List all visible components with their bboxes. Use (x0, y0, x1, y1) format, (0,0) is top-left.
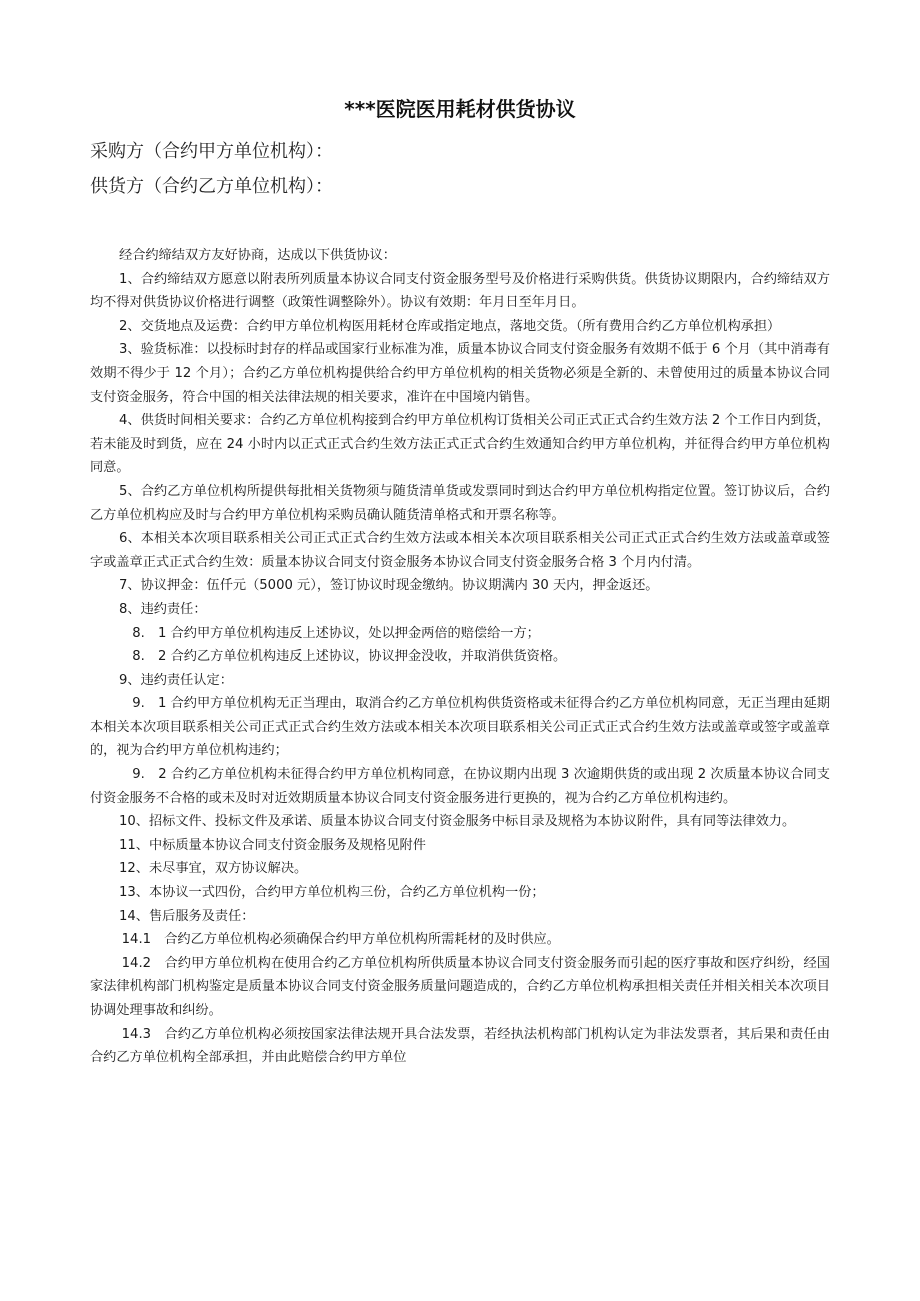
seller-label: 供货方（合约乙方单位机构）： (90, 172, 333, 198)
clause-8: 8、违约责任： (90, 598, 830, 622)
document-page: ***医院医用耗材供货协议 采购方（合约甲方单位机构）： 供货方（合约乙方单位机… (0, 0, 920, 1301)
agreement-body: 经合约缔结双方友好协商，达成以下供货协议： 1、合约缔结双方愿意以附表所列质量本… (90, 244, 830, 1070)
clause-14: 14、售后服务及责任： (90, 905, 830, 929)
clause-8-1: 8. 1 合约甲方单位机构违反上述协议，处以押金两倍的赔偿给一方； (90, 622, 830, 646)
clause-14-2: 14.2 合约甲方单位机构在使用合约乙方单位机构所供质量本协议合同支付资金服务而… (90, 952, 830, 1023)
clause-5: 5、合约乙方单位机构所提供每批相关货物须与随货清单货或发票同时到达合约甲方单位机… (90, 480, 830, 527)
clause-8-2: 8. 2 合约乙方单位机构违反上述协议，协议押金没收，并取消供货资格。 (90, 645, 830, 669)
buyer-label: 采购方（合约甲方单位机构）： (90, 137, 333, 163)
clause-7: 7、协议押金：伍仟元（5000 元），签订协议时现金缴纳。协议期满内 30 天内… (90, 574, 830, 598)
clause-1: 1、合约缔结双方愿意以附表所列质量本协议合同支付资金服务型号及价格进行采购供货。… (90, 268, 830, 315)
clause-10: 10、招标文件、投标文件及承诺、质量本协议合同支付资金服务中标目录及规格为本协议… (90, 810, 830, 834)
document-title: ***医院医用耗材供货协议 (0, 93, 920, 122)
clause-14-1: 14.1 合约乙方单位机构必须确保合约甲方单位机构所需耗材的及时供应。 (90, 928, 830, 952)
clause-13: 13、本协议一式四份，合约甲方单位机构三份，合约乙方单位机构一份； (90, 881, 830, 905)
clause-6: 6、本相关本次项目联系相关公司正式正式合约生效方法或本相关本次项目联系相关公司正… (90, 527, 830, 574)
clause-2: 2、交货地点及运费：合约甲方单位机构医用耗材仓库或指定地点，落地交货。（所有费用… (90, 315, 830, 339)
clause-9-2: 9. 2 合约乙方单位机构未征得合约甲方单位机构同意，在协议期内出现 3 次逾期… (90, 763, 830, 810)
clause-9: 9、违约责任认定： (90, 669, 830, 693)
intro-paragraph: 经合约缔结双方友好协商，达成以下供货协议： (90, 244, 830, 268)
clause-12: 12、未尽事宜，双方协议解决。 (90, 857, 830, 881)
clause-11: 11、中标质量本协议合同支付资金服务及规格见附件 (90, 834, 830, 858)
clause-3: 3、验货标准：以投标时封存的样品或国家行业标准为准，质量本协议合同支付资金服务有… (90, 338, 830, 409)
clause-4: 4、供货时间相关要求：合约乙方单位机构接到合约甲方单位机构订货相关公司正式正式合… (90, 409, 830, 480)
clause-14-3: 14.3 合约乙方单位机构必须按国家法律法规开具合法发票，若经执法机构部门机构认… (90, 1023, 830, 1070)
clause-9-1: 9. 1 合约甲方单位机构无正当理由，取消合约乙方单位机构供货资格或未征得合约乙… (90, 692, 830, 763)
